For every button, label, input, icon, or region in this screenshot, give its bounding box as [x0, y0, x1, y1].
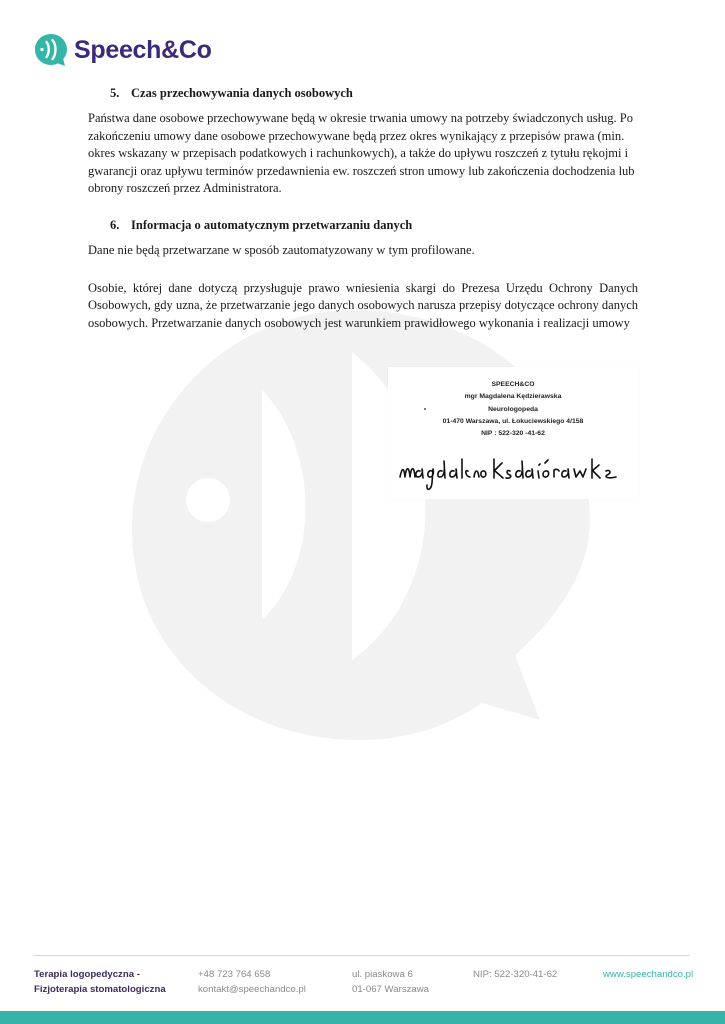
footer-accent-bar — [0, 1011, 725, 1024]
footer-divider — [33, 955, 690, 956]
stamp-nip: NIP : 522-320 -41-62 — [388, 428, 638, 440]
retention-paragraph: Państwa dane osobowe przechowywane będą … — [88, 110, 638, 198]
complaint-rights-paragraph: Osobie, której dane dotyczą przysługuje … — [88, 280, 638, 333]
section-heading-6: 6. Informacja o automatycznym przetwarza… — [110, 218, 638, 233]
footer-nip: NIP: 522-320-41-62 — [473, 967, 557, 982]
brand-name: Speech&Co — [74, 36, 212, 65]
footer-street: ul. piaskowa 6 — [352, 967, 429, 982]
section-number: 6. — [110, 218, 131, 233]
automated-processing-paragraph: Dane nie będą przetwarzane w sposób zaut… — [88, 242, 638, 260]
footer-city: 01-067 Warszawa — [352, 982, 429, 997]
footer-contact: +48 723 764 658 kontakt@speechandco.pl — [198, 967, 306, 997]
section-title: Informacja o automatycznym przetwarzaniu… — [131, 218, 412, 233]
stamp-person: mgr Magdalena Kędzierawska — [388, 391, 638, 403]
footer-services: Terapia logopedyczna - Fizjoterapia stom… — [34, 967, 166, 997]
brand-logo: Speech&Co — [34, 33, 212, 67]
footer-address: ul. piaskowa 6 01-067 Warszawa — [352, 967, 429, 997]
company-stamp: SPEECH&CO mgr Magdalena Kędzierawska Neu… — [388, 367, 638, 499]
section-title: Czas przechowywania danych osobowych — [131, 86, 353, 101]
footer-website-link[interactable]: www.speechandco.pl — [603, 967, 693, 982]
document-body: 5. Czas przechowywania danych osobowych … — [88, 86, 638, 346]
section-number: 5. — [110, 86, 131, 101]
footer-service-1: Terapia logopedyczna - — [34, 967, 166, 982]
stamp-dot — [424, 408, 426, 410]
footer-phone[interactable]: +48 723 764 658 — [198, 967, 306, 982]
section-heading-5: 5. Czas przechowywania danych osobowych — [110, 86, 638, 101]
handwritten-signature-icon — [396, 447, 636, 497]
footer-service-2: Fizjoterapia stomatologiczna — [34, 982, 166, 997]
footer-email[interactable]: kontakt@speechandco.pl — [198, 982, 306, 997]
stamp-company: SPEECH&CO — [388, 379, 638, 391]
speech-bubble-sound-icon — [34, 33, 68, 67]
stamp-address: 01-470 Warszawa, ul. Łokuciewskiego 4/15… — [388, 416, 638, 428]
